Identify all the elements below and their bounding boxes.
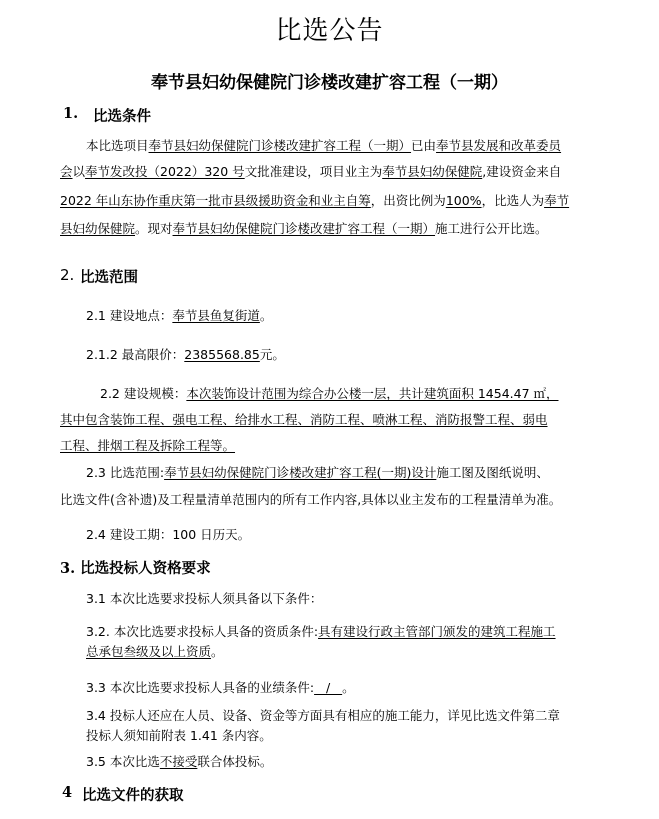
item-2-4-duration: 2.4 建设工期：100 日历天。 xyxy=(86,528,250,542)
s1-line-3: 2022 年山东协作重庆第一批市县级援助资金和业主自筹，出资比例为100%，比选… xyxy=(60,194,569,208)
item-3-5: 3.5 本次比选不接受联合体投标。 xyxy=(86,755,272,769)
s1-line-2: 会以奉节发改投（2022）320 号文批准建设，项目业主为奉节县妇幼保健院,建设… xyxy=(60,165,561,179)
item-2-2-scale-line-2: 其中包含装饰工程、强电工程、给排水工程、消防工程、喷淋工程、消防报警工程、弱电 xyxy=(60,413,548,427)
section-4-number: 4 xyxy=(62,784,72,801)
item-2-1-site: 2.1 建设地点：奉节县鱼复街道。 xyxy=(86,309,272,323)
item-3-1: 3.1 本次比选要求投标人须具备以下条件： xyxy=(86,592,322,606)
s1-line-1: 本比选项目奉节县妇幼保健院门诊楼改建扩容工程（一期）已由奉节县发展和改革委员 xyxy=(86,139,561,153)
item-3-4-line-1: 3.4 投标人还应在人员、设备、资金等方面具有相应的施工能力，详见比选文件第二章 xyxy=(86,709,560,723)
item-2-3-scope-line-1: 2.3 比选范围:奉节县妇幼保健院门诊楼改建扩容工程(一期)设计施工图及图纸说明… xyxy=(86,466,549,480)
item-2-1-2-max-price: 2.1.2 最高限价：2385568.85元。 xyxy=(86,348,285,362)
s1-line-4: 县妇幼保健院。现对奉节县妇幼保健院门诊楼改建扩容工程（一期）施工进行公开比选。 xyxy=(60,222,548,236)
item-3-2-line-2: 总承包叁级及以上资质。 xyxy=(86,645,224,659)
item-2-3-scope-line-2: 比选文件(含补遗)及工程量清单范围内的所有工作内容,具体以业主发布的工程量清单为… xyxy=(60,493,561,507)
item-2-2-scale-line-3: 工程、排烟工程及拆除工程等。 xyxy=(60,439,235,453)
item-3-2-line-1: 3.2. 本次比选要求投标人具备的资质条件:具有建设行政主管部门颁发的建筑工程施… xyxy=(86,625,556,639)
section-2-number: 2. xyxy=(60,266,74,284)
section-4-heading: 比选文件的获取 xyxy=(82,784,184,805)
project-subtitle: 奉节县妇幼保健院门诊楼改建扩容工程（一期） xyxy=(0,68,659,93)
document-title: 比选公告 xyxy=(0,10,659,47)
section-1-number: 1. xyxy=(63,105,78,122)
item-3-3: 3.3 本次比选要求投标人具备的业绩条件: / 。 xyxy=(86,681,355,695)
section-1-heading: 比选条件 xyxy=(93,105,151,126)
item-3-4-line-2: 投标人须知前附表 1.41 条内容。 xyxy=(86,729,272,743)
section-2-heading: 比选范围 xyxy=(80,266,138,287)
section-3-heading: 3. 比选投标人资格要求 xyxy=(60,557,211,578)
item-2-2-scale-line-1: 2.2 建设规模：本次装饰设计范围为综合办公楼一层，共计建筑面积 1454.47… xyxy=(100,387,559,401)
